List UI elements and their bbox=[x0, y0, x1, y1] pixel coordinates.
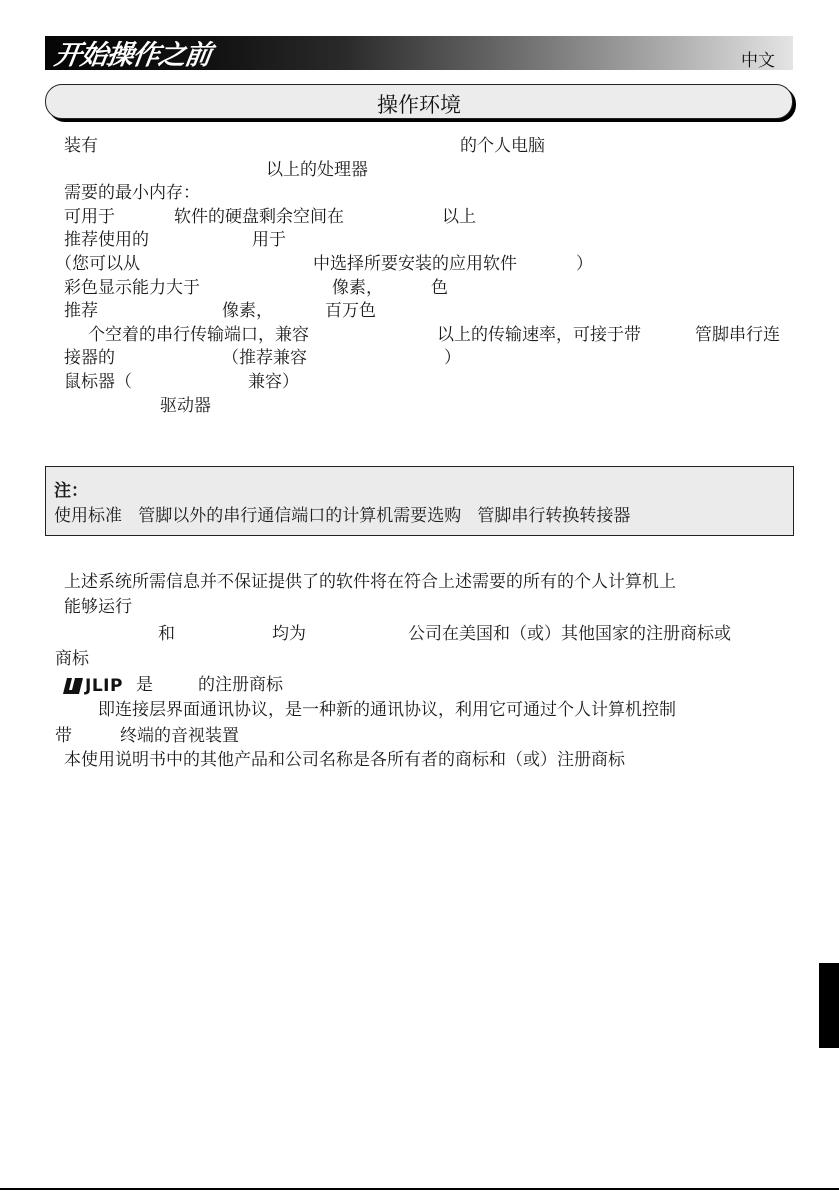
disclaimer-text: 是 bbox=[136, 675, 153, 695]
requirement-text: 个空着的串行传输端口，兼容 bbox=[88, 325, 309, 345]
requirement-text: 可用于 bbox=[64, 207, 115, 227]
requirement-text: （您可以从 bbox=[55, 254, 140, 274]
chapter-header-bar: 开始操作之前 中文 bbox=[45, 36, 793, 70]
note-box: 注： 使用标准 管脚以外的串行通信端口的计算机需要选购 管脚串行转换转接器 bbox=[45, 466, 794, 536]
requirement-text: 用于 bbox=[252, 230, 286, 250]
requirement-text: 管脚串行连 bbox=[695, 325, 780, 345]
requirement-text: 以上的处理器 bbox=[266, 160, 368, 180]
requirement-text: ） bbox=[576, 254, 593, 274]
requirement-text: 百万色 bbox=[325, 301, 376, 321]
disclaimer-text: 能够运行 bbox=[64, 597, 132, 617]
section-title-box: 操作环境 bbox=[45, 84, 793, 119]
requirement-text: 接器的 bbox=[64, 348, 115, 368]
requirement-text: 鼠标器（ bbox=[64, 372, 132, 392]
requirement-text: 推荐 bbox=[64, 301, 98, 321]
requirement-text: 的个人电脑 bbox=[460, 136, 545, 156]
disclaimer-text: 本使用说明书中的其他产品和公司名称是各所有者的商标和（或）注册商标 bbox=[64, 750, 625, 770]
disclaimer-text: 商标 bbox=[55, 649, 89, 669]
note-heading: 注： bbox=[54, 476, 88, 501]
requirement-text: 驱动器 bbox=[160, 396, 211, 416]
requirement-text: ） bbox=[444, 348, 461, 368]
disclaimer-text: 上述系统所需信息并不保证提供了的软件将在符合上述需要的所有的个人计算机上 bbox=[64, 572, 676, 592]
chapter-title: 开始操作之前 bbox=[52, 33, 213, 72]
requirement-text: 以上 bbox=[442, 207, 476, 227]
jlip-logo-text: JLIP bbox=[85, 676, 123, 696]
disclaimer-text: 终端的音视装置 bbox=[120, 726, 239, 746]
disclaimer-text: 带 bbox=[55, 726, 72, 746]
requirement-text: 以上的传输速率，可接于带 bbox=[437, 325, 641, 345]
requirement-text: 软件的硬盘剩余空间在 bbox=[174, 207, 344, 227]
requirement-text: 推荐使用的 bbox=[64, 230, 149, 250]
language-label: 中文 bbox=[741, 46, 775, 71]
disclaimer-text: 公司在美国和（或）其他国家的注册商标或 bbox=[408, 624, 731, 644]
page-edge-tab bbox=[819, 963, 839, 1048]
note-body: 使用标准 管脚以外的串行通信端口的计算机需要选购 管脚串行转换转接器 bbox=[54, 501, 630, 526]
disclaimer-text: 和 bbox=[158, 624, 175, 644]
bottom-rule bbox=[0, 1188, 839, 1190]
section-title: 操作环境 bbox=[46, 89, 792, 119]
requirement-text: 像素， bbox=[222, 301, 273, 321]
requirement-text: 色 bbox=[431, 278, 448, 298]
requirement-text: （推荐兼容 bbox=[222, 348, 307, 368]
jlip-logo: JLIP bbox=[65, 676, 123, 696]
disclaimer-text: 的注册商标 bbox=[198, 675, 283, 695]
requirement-text: 中选择所要安装的应用软件 bbox=[313, 254, 517, 274]
jlip-mark-icon bbox=[63, 678, 83, 694]
requirement-text: 像素， bbox=[332, 278, 383, 298]
requirement-text: 彩色显示能力大于 bbox=[64, 278, 200, 298]
requirement-text: 需要的最小内存： bbox=[64, 183, 200, 203]
requirement-text: 装有 bbox=[64, 136, 98, 156]
disclaimer-text: 即连接层界面通讯协议，是一种新的通讯协议，利用它可通过个人计算机控制 bbox=[98, 700, 676, 720]
disclaimer-text: 均为 bbox=[272, 624, 306, 644]
requirement-text: 兼容） bbox=[248, 372, 299, 392]
